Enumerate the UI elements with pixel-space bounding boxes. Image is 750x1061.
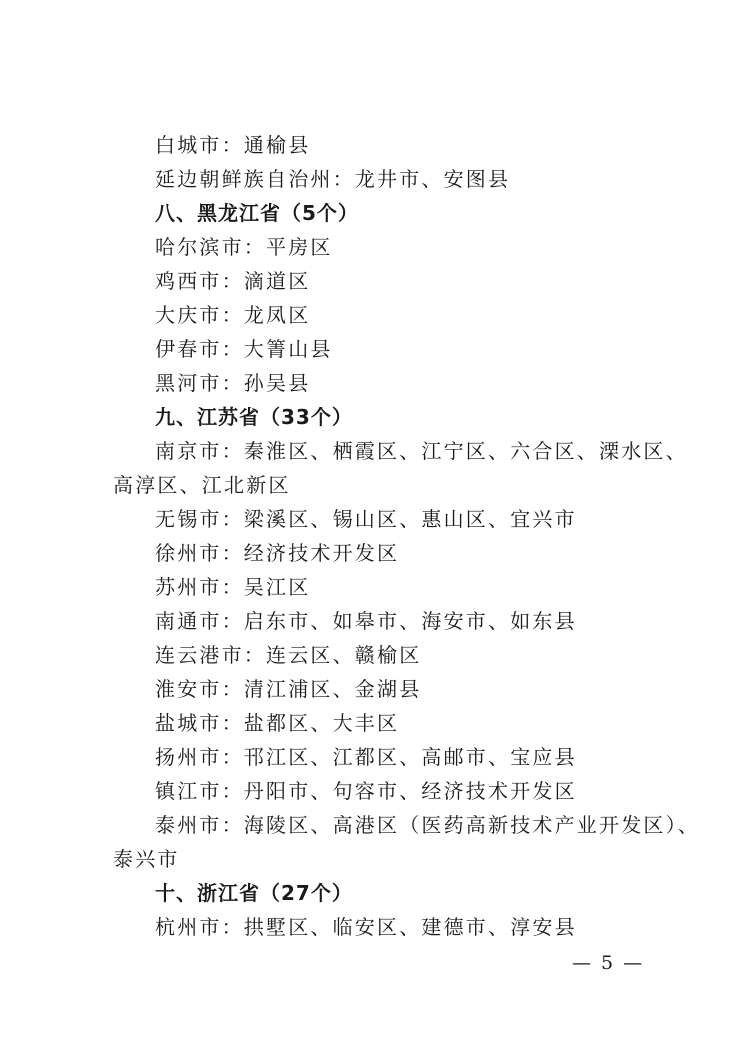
list-item: 盐城市：盐都区、大丰区 xyxy=(113,706,643,740)
list-item: 鸡西市：滴道区 xyxy=(113,264,643,298)
list-item: 徐州市：经济技术开发区 xyxy=(113,536,643,570)
list-item: 镇江市：丹阳市、句容市、经济技术开发区 xyxy=(113,774,643,808)
page-number: — 5 — xyxy=(572,952,644,974)
document-body: 白城市：通榆县 延边朝鲜族自治州：龙井市、安图县 八、黑龙江省（5个） 哈尔滨市… xyxy=(113,128,643,944)
document-page: 白城市：通榆县 延边朝鲜族自治州：龙井市、安图县 八、黑龙江省（5个） 哈尔滨市… xyxy=(0,0,750,1061)
list-item-continuation: 泰兴市 xyxy=(113,842,643,876)
list-item: 白城市：通榆县 xyxy=(113,128,643,162)
list-item: 无锡市：梁溪区、锡山区、惠山区、宜兴市 xyxy=(113,502,643,536)
list-item: 苏州市：吴江区 xyxy=(113,570,643,604)
list-item: 伊春市：大箐山县 xyxy=(113,332,643,366)
list-item-continuation: 高淳区、江北新区 xyxy=(113,468,643,502)
list-item: 黑河市：孙吴县 xyxy=(113,366,643,400)
list-item: 哈尔滨市：平房区 xyxy=(113,230,643,264)
list-item: 南通市：启东市、如皋市、海安市、如东县 xyxy=(113,604,643,638)
list-item: 连云港市：连云区、赣榆区 xyxy=(113,638,643,672)
list-item: 南京市：秦淮区、栖霞区、江宁区、六合区、溧水区、 xyxy=(113,434,643,468)
section-heading-heilongjiang: 八、黑龙江省（5个） xyxy=(113,196,643,230)
section-heading-jiangsu: 九、江苏省（33个） xyxy=(113,400,643,434)
list-item: 扬州市：邗江区、江都区、高邮市、宝应县 xyxy=(113,740,643,774)
list-item: 延边朝鲜族自治州：龙井市、安图县 xyxy=(113,162,643,196)
section-heading-zhejiang: 十、浙江省（27个） xyxy=(113,876,643,910)
list-item: 大庆市：龙凤区 xyxy=(113,298,643,332)
list-item: 杭州市：拱墅区、临安区、建德市、淳安县 xyxy=(113,910,643,944)
list-item: 淮安市：清江浦区、金湖县 xyxy=(113,672,643,706)
list-item: 泰州市：海陵区、高港区（医药高新技术产业开发区）、 xyxy=(113,808,643,842)
